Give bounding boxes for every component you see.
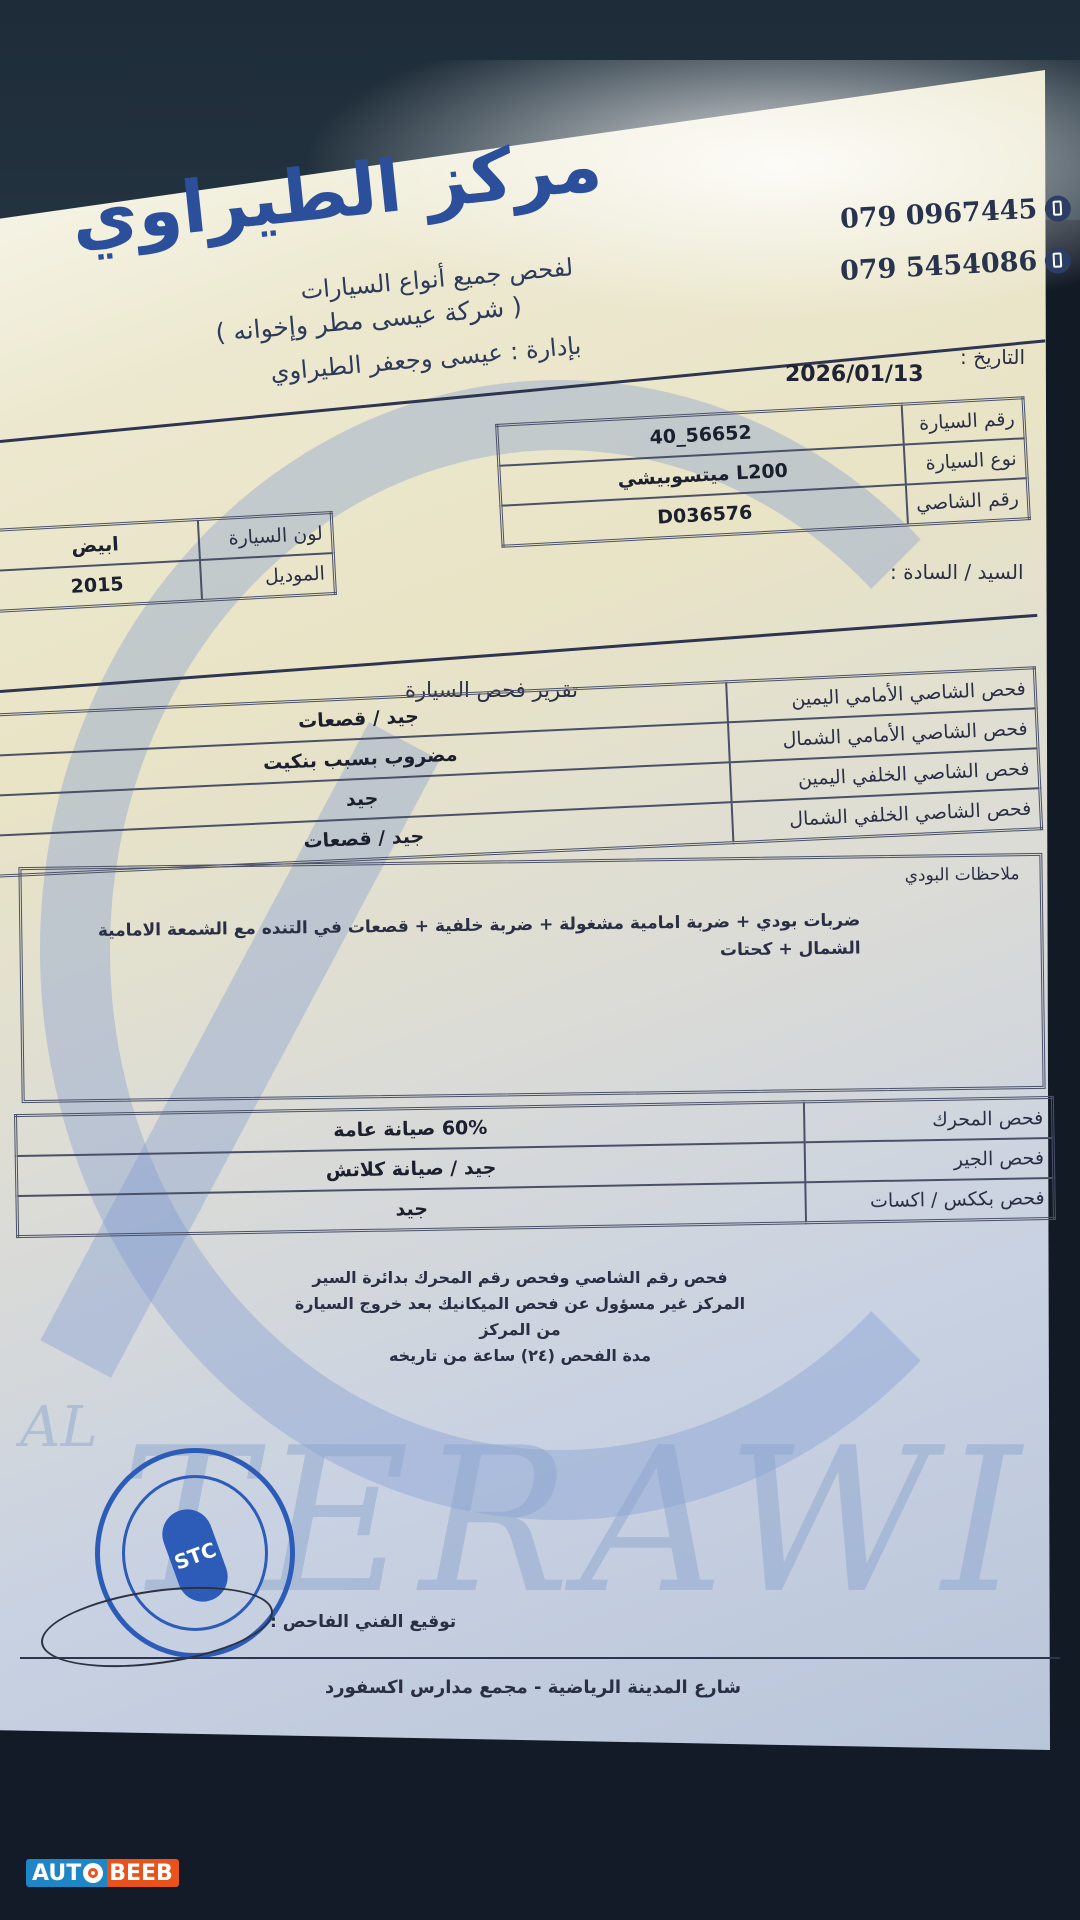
terms-notes: فحص رقم الشاصي وفحص رقم المحرك بدائرة ال… — [280, 1265, 760, 1369]
axles-label: فحص بككس / اكسات — [805, 1178, 1054, 1223]
watermark-prefix: AL — [20, 1395, 98, 1460]
body-notes-box: ملاحظات البودي ضربات بودي + ضربة امامية … — [18, 853, 1045, 1103]
date-value: 2026/01/13 — [785, 362, 924, 387]
color-label: لون السيارة — [198, 513, 333, 560]
footer-divider — [20, 1657, 1060, 1659]
mobile-phone-icon — [1044, 194, 1071, 221]
body-notes-label: ملاحظات البودي — [904, 864, 1019, 886]
date-label: التاريخ : — [960, 345, 1025, 369]
mobile-phone-icon — [1044, 246, 1071, 273]
brand-part-1: AUT — [32, 1861, 81, 1886]
brand-part-2: BEEB — [109, 1861, 173, 1886]
mechanical-inspection-table: 60% صيانة عامةفحص المحرك جيد / صيانة كلا… — [14, 1096, 1056, 1238]
wheel-icon — [83, 1863, 103, 1883]
autobeeb-logo: AUT BEEB — [26, 1859, 179, 1887]
type-label: نوع السيارة — [904, 438, 1027, 484]
body-notes-text: ضربات بودي + ضربة امامية مشغولة + ضربة خ… — [40, 906, 861, 973]
note-line: فحص رقم الشاصي وفحص رقم المحرك بدائرة ال… — [280, 1265, 760, 1291]
note-line: المركز غير مسؤول عن فحص الميكانيك بعد خر… — [280, 1291, 760, 1343]
note-line: مدة الفحص (٢٤) ساعة من تاريخه — [280, 1343, 760, 1369]
model-label: الموديل — [200, 553, 335, 600]
plate-label: رقم السيارة — [902, 398, 1025, 445]
footer-address: شارع المدينة الرياضية - مجمع مدارس اكسفو… — [325, 1677, 741, 1698]
chassis-label: رقم الشاصي — [906, 478, 1029, 525]
customer-label: السيد / السادة : — [890, 560, 1024, 584]
signature-label: توقيع الفني الفاحص : — [270, 1612, 456, 1632]
background-bottom — [0, 1740, 1080, 1920]
engine-label: فحص المحرك — [804, 1097, 1053, 1142]
gearbox-label: فحص الجير — [805, 1138, 1054, 1182]
